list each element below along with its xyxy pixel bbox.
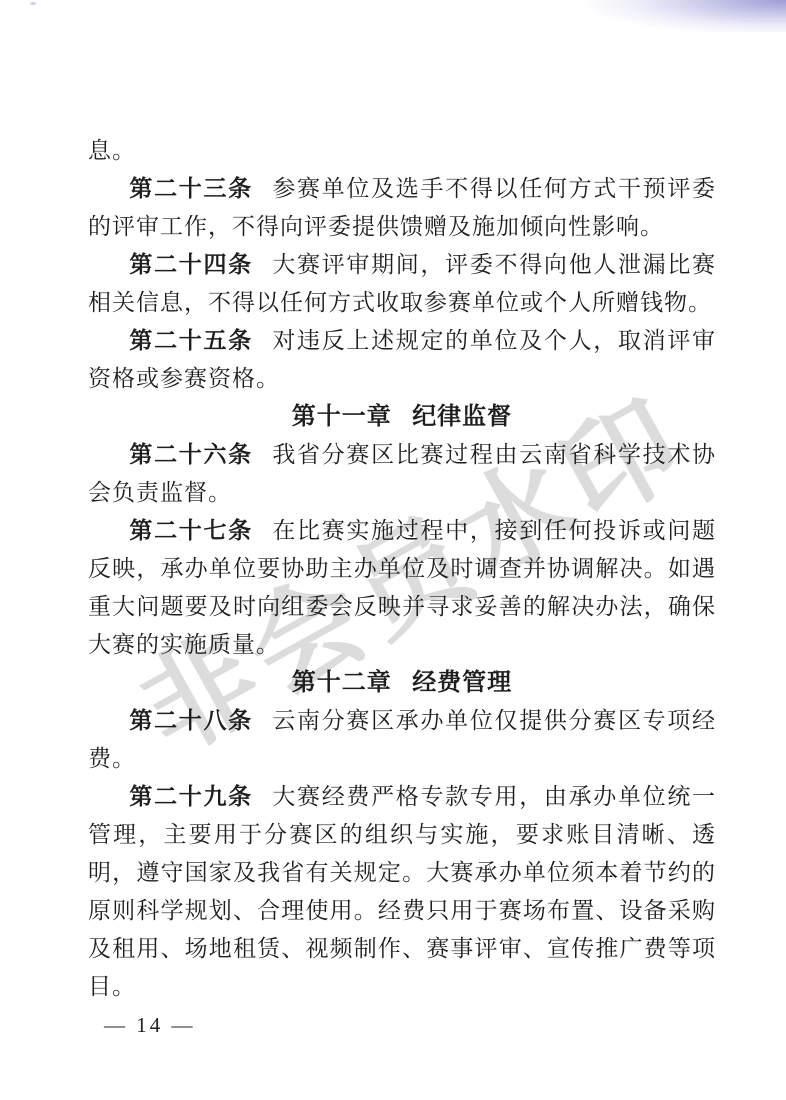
article-29-label: 第二十九条 (129, 784, 252, 809)
chapter-12-title: 经费管理 (412, 669, 512, 696)
article-28: 第二十八条云南分赛区承办单位仅提供分赛区专项经费。 (88, 702, 716, 778)
document-page: 非会员水印 息。 第二十三条参赛单位及选手不得以任何方式干预评委的评审工作，不得… (0, 0, 786, 1100)
chapter-11-title: 纪律监督 (412, 403, 512, 430)
article-25: 第二十五条对违反上述规定的单位及个人，取消评审资格或参赛资格。 (88, 322, 716, 398)
page-number: — 14 — (104, 1010, 196, 1040)
article-26: 第二十六条我省分赛区比赛过程由云南省科学技术协会负责监督。 (88, 436, 716, 512)
paragraph-continuation: 息。 (88, 132, 716, 170)
article-27-label: 第二十七条 (129, 518, 252, 543)
article-29-text: 大赛经费严格专款专用，由承办单位统一管理，主要用于分赛区的组织与实施，要求账目清… (88, 784, 716, 999)
article-24-label: 第二十四条 (129, 252, 252, 277)
article-23: 第二十三条参赛单位及选手不得以任何方式干预评委的评审工作，不得向评委提供馈赠及施… (88, 170, 716, 246)
text-column: 息。 第二十三条参赛单位及选手不得以任何方式干预评委的评审工作，不得向评委提供馈… (88, 0, 716, 1006)
article-28-label: 第二十八条 (129, 708, 252, 733)
chapter-11-number: 第十一章 (292, 403, 392, 430)
scan-smudge-top-right (536, 0, 786, 32)
chapter-12-heading: 第十二章经费管理 (88, 664, 716, 702)
article-26-label: 第二十六条 (129, 442, 252, 467)
article-25-label: 第二十五条 (129, 328, 252, 353)
chapter-11-heading: 第十一章纪律监督 (88, 398, 716, 436)
article-24: 第二十四条大赛评审期间，评委不得向他人泄漏比赛相关信息，不得以任何方式收取参赛单… (88, 246, 716, 322)
article-27: 第二十七条在比赛实施过程中，接到任何投诉或问题反映，承办单位要协助主办单位及时调… (88, 512, 716, 664)
scan-speck-top-left (30, 2, 36, 5)
article-29: 第二十九条大赛经费严格专款专用，由承办单位统一管理，主要用于分赛区的组织与实施，… (88, 778, 716, 1006)
chapter-12-number: 第十二章 (292, 669, 392, 696)
article-23-label: 第二十三条 (129, 176, 252, 201)
